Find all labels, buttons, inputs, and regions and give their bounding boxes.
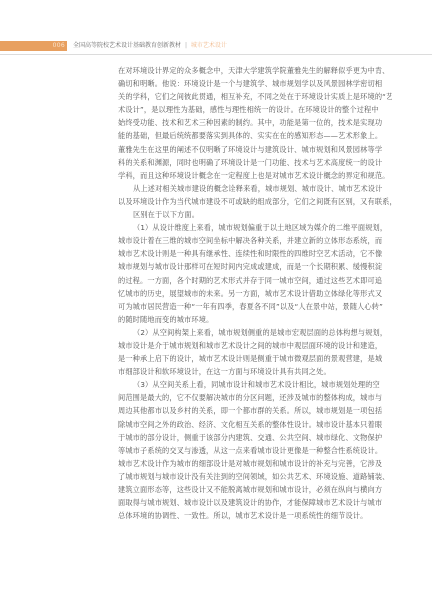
text-line: 等城市子系统的交叉与渗透，从这一点来看城市设计更像是一种整合性系统设计。 bbox=[118, 444, 392, 457]
text-line: 的过程。一方面，各个时期的艺术形式并存于同一城市空间，通过这些艺术即可追 bbox=[118, 274, 392, 287]
text-line: 科的关系和渊源，同时也明确了环境设计是一门功能、技术与艺术高度统一的设计 bbox=[118, 156, 392, 169]
text-line: 城市设计着在三维的城市空间坐标中解决各种关系，并建立新的立体形态系统，而 bbox=[118, 234, 392, 247]
text-line: 的随时随地而变的城市环境。 bbox=[118, 313, 392, 326]
text-line: 忆城市的历史，展望城市的未来。另一方面，城市艺术设计借助立体绿化等形式又 bbox=[118, 287, 392, 300]
text-line: （3）从空间关系上看，同城市设计和城市艺术设计相比，城市规划处理的空 bbox=[118, 378, 392, 391]
text-line: 确切和明晰。他说：环境设计是一个与建筑学、城市规划学以及风景园林学密切相 bbox=[118, 77, 392, 90]
text-line: 在对环境设计界定的众多概念中，天津大学建筑学院董雅先生的解释似乎更为中肯、 bbox=[118, 64, 392, 77]
text-line: 是一种承上启下的设计，城市艺术设计则是侧重于城市微观层面的景观营建，是城 bbox=[118, 352, 392, 365]
page-number-bar: 006 bbox=[0, 41, 67, 51]
header-divider bbox=[0, 54, 432, 55]
text-line: 关的学科，它们之间彼此贯通，相互补充，不同之处在于环境设计实质上是环境的“艺 bbox=[118, 90, 392, 103]
chapter-title: 城市艺术设计 bbox=[191, 42, 227, 49]
text-line: （1）从设计维度上来看，城市规划偏重于以土地区域为媒介的二维平面规划， bbox=[118, 221, 392, 234]
page-header: 006 全国高等院校艺术设计基础教育创新教材 | 城市艺术设计 bbox=[0, 40, 432, 54]
text-line: 始终受功能、技术和艺术三种因素的制约。其中，功能是第一位的，技术是实现功 bbox=[118, 116, 392, 129]
text-line: 建筑立面形态等，这些设计又不能脱离城市规划和城市设计，必须在纵向与横向方 bbox=[118, 483, 392, 496]
text-line: 了城市规划与城市设计没有关注到的空间领域，如公共艺术、环境设施、道路铺装、 bbox=[118, 470, 392, 483]
text-line: 总体环境的协调性、一致性。所以，城市艺术设计是一项系统性的细节设计。 bbox=[118, 509, 392, 522]
body-text: 在对环境设计界定的众多概念中，天津大学建筑学院董雅先生的解释似乎更为中肯、确切和… bbox=[118, 64, 392, 522]
text-line: 学科，而且这种环境设计概念在一定程度上也是对城市艺术设计概念的界定和规范。 bbox=[118, 169, 392, 182]
series-title: 全国高等院校艺术设计基础教育创新教材 bbox=[73, 42, 181, 49]
text-line: 区别在于以下方面。 bbox=[118, 208, 392, 221]
header-separator: | bbox=[185, 42, 187, 49]
text-line: 术设计”，是以理性为基础，感性与理性相统一的设计。在环境设计的整个过程中 bbox=[118, 103, 392, 116]
text-line: 间范围是最大的，它不仅要解决城市的分区问题，还涉及城市的整体构成，城市与 bbox=[118, 391, 392, 404]
text-line: 城市艺术设计作为城市的细部设计是对城市规划和城市设计的补充与完善，它涉及 bbox=[118, 457, 392, 470]
running-header: 全国高等院校艺术设计基础教育创新教材 | 城市艺术设计 bbox=[73, 41, 227, 51]
text-line: 面取得与城市规划、城市设计以及建筑设计的协作，才能保障城市艺术设计与城市 bbox=[118, 496, 392, 509]
text-line: 于城市的部分设计，侧重于该部分内建筑、交通、公共空间、城市绿化、文物保护 bbox=[118, 431, 392, 444]
text-line: 周边其他都市以及乡村的关系，即一个都市群的关系。所以，城市规划是一项包括 bbox=[118, 404, 392, 417]
page-number: 006 bbox=[53, 41, 67, 51]
text-line: 从上述对相关城市建设的概念诠释来看，城市规划、城市设计、城市艺术设计 bbox=[118, 182, 392, 195]
text-line: 城市艺术设计则是一种具有继承性、连续性和时限性的四维时空艺术活动，它不像 bbox=[118, 247, 392, 260]
text-line: （2）从空间构架上来看，城市规划侧重的是城市宏观层面的总体构想与规划， bbox=[118, 326, 392, 339]
text-line: 市细部设计和软环境设计，在这一方面与环境设计具有共同之处。 bbox=[118, 365, 392, 378]
text-line: 可为城市居民营造一种“一年有四季，春夏各不同”以及“人在景中站，景随人心转” bbox=[118, 300, 392, 313]
text-line: 能的基础，但最后统统都要落实到具体的、实实在在的感知形态——艺术形象上。 bbox=[118, 129, 392, 142]
text-line: 除城市空间之外的政治、经济、文化相互关系的整体性设计。城市设计基本只着眼 bbox=[118, 418, 392, 431]
text-line: 城市规划与城市设计那样可在短时间内完成或建成，而是一个长期积累、缓慢积淀 bbox=[118, 260, 392, 273]
text-line: 董雅先生在这里的阐述不仅明晰了环境设计与建筑设计、城市规划和风景园林等学 bbox=[118, 143, 392, 156]
text-line: 城市设计是介于城市规划和城市艺术设计之间的城市中观层面环境的设计和建造， bbox=[118, 339, 392, 352]
text-line: 以及环境设计作为当代城市建设不可或缺的组成部分，它们之间既有区别，又有联系， bbox=[118, 195, 392, 208]
